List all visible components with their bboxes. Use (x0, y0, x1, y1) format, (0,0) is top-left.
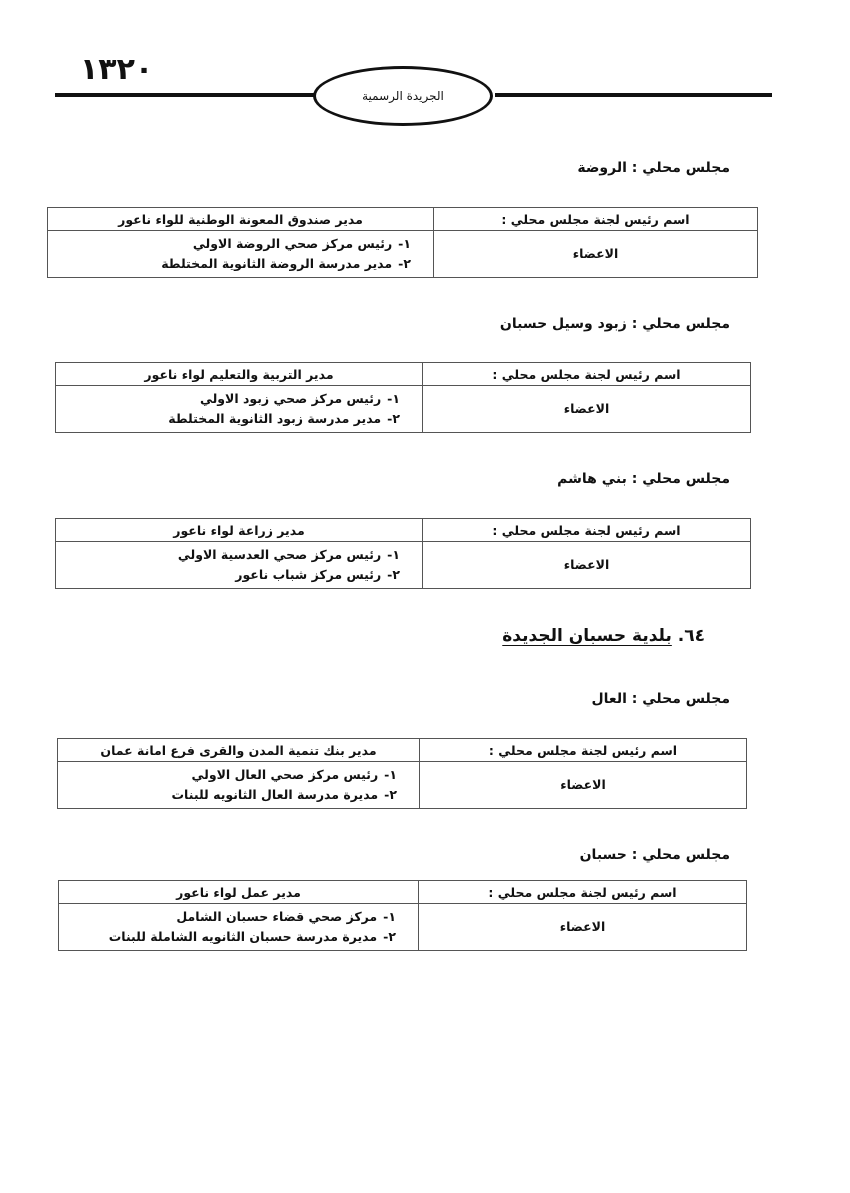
members-list: ١-رئيس مركز صحي زبود الاولي ٢-مدير مدرسة… (56, 386, 423, 433)
chair-value: مدير بنك تنمية المدن والقرى فرع امانة عم… (58, 739, 420, 762)
council-heading: مجلس محلي : حسبان (580, 847, 730, 863)
chair-value: مدير زراعة لواء ناعور (56, 519, 423, 542)
members-label: الاعضاء (434, 231, 758, 278)
council-table: اسم رئيس لجنة مجلس محلي : مدير صندوق الم… (47, 207, 758, 278)
members-list: ١-رئيس مركز صحي العدسية الاولي ٢-رئيس مر… (56, 542, 423, 589)
member-item: ١-رئيس مركز صحي زبود الاولي (56, 389, 414, 409)
member-item: ٢-مدير مدرسة زبود الثانوية المختلطة (56, 409, 414, 429)
members-list: ١-مركز صحي قضاء حسبان الشامل ٢-مديرة مدر… (59, 904, 419, 951)
member-item: ٢-مديرة مدرسة العال الثانويه للبنات (58, 785, 411, 805)
members-label: الاعضاء (419, 904, 747, 951)
member-item: ٢-مديرة مدرسة حسبان الثانويه الشاملة للب… (59, 927, 410, 947)
chair-label: اسم رئيس لجنة مجلس محلي : (420, 739, 747, 762)
section-title-text: بلدية حسبان الجديدة (502, 626, 672, 646)
member-item: ٢-مدير مدرسة الروضة الثانوية المختلطة (48, 254, 425, 274)
council-table: اسم رئيس لجنة مجلس محلي : مدير عمل لواء … (58, 880, 747, 951)
chair-value: مدير صندوق المعونة الوطنية للواء ناعور (48, 208, 434, 231)
section-number: ٦٤. (678, 626, 705, 646)
chair-value: مدير عمل لواء ناعور (59, 881, 419, 904)
chair-label: اسم رئيس لجنة مجلس محلي : (419, 881, 747, 904)
council-heading: مجلس محلي : زبود وسيل حسبان (500, 316, 730, 332)
council-table: اسم رئيس لجنة مجلس محلي : مدير التربية و… (55, 362, 751, 433)
member-item: ١-رئيس مركز صحي العال الاولي (58, 765, 411, 785)
members-label: الاعضاء (423, 386, 751, 433)
council-heading: مجلس محلي : العال (592, 691, 730, 707)
council-table: اسم رئيس لجنة مجلس محلي : مدير زراعة لوا… (55, 518, 751, 589)
council-heading: مجلس محلي : الروضة (577, 160, 730, 176)
members-label: الاعضاء (423, 542, 751, 589)
members-list: ١-رئيس مركز صحي العال الاولي ٢-مديرة مدر… (58, 762, 420, 809)
chair-label: اسم رئيس لجنة مجلس محلي : (423, 363, 751, 386)
member-item: ١-رئيس مركز صحي الروضة الاولي (48, 234, 425, 254)
gazette-title-ellipse: الجريدة الرسمية (313, 66, 493, 126)
section-title: ٦٤. بلدية حسبان الجديدة (502, 626, 705, 646)
header-rule-left (55, 93, 315, 97)
member-item: ١-رئيس مركز صحي العدسية الاولي (56, 545, 414, 565)
members-list: ١-رئيس مركز صحي الروضة الاولي ٢-مدير مدر… (48, 231, 434, 278)
header-rule-right (495, 93, 772, 97)
chair-label: اسم رئيس لجنة مجلس محلي : (434, 208, 758, 231)
page-number: ١٣٢٠ (80, 52, 153, 87)
chair-value: مدير التربية والتعليم لواء ناعور (56, 363, 423, 386)
member-item: ١-مركز صحي قضاء حسبان الشامل (59, 907, 410, 927)
council-heading: مجلس محلي : بني هاشم (557, 471, 730, 487)
chair-label: اسم رئيس لجنة مجلس محلي : (423, 519, 751, 542)
council-table: اسم رئيس لجنة مجلس محلي : مدير بنك تنمية… (57, 738, 747, 809)
members-label: الاعضاء (420, 762, 747, 809)
member-item: ٢-رئيس مركز شباب ناعور (56, 565, 414, 585)
gazette-title: الجريدة الرسمية (362, 89, 444, 103)
